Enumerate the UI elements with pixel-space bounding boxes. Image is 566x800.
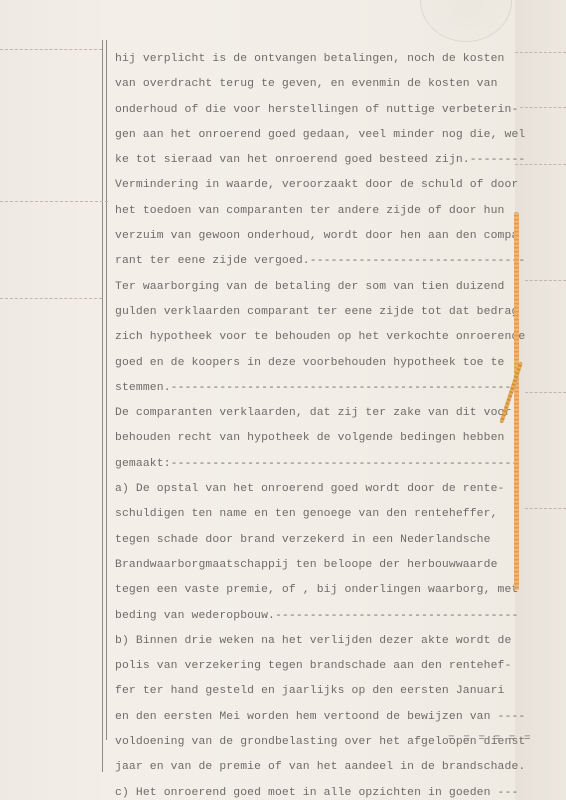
margin-rule-outer bbox=[102, 40, 103, 772]
fold-line bbox=[520, 107, 566, 108]
margin-rule-inner bbox=[106, 40, 107, 740]
text-line: stemmen.--------------------------------… bbox=[115, 376, 525, 401]
text-line: a) De opstal van het onroerend goed word… bbox=[115, 477, 525, 502]
text-line: goed en de koopers in deze voorbehouden … bbox=[115, 351, 525, 376]
text-line: gen aan het onroerend goed gedaan, veel … bbox=[115, 123, 525, 148]
text-line: schuldigen ten name en ten genoege van d… bbox=[115, 502, 525, 527]
text-line: jaar en van de premie of van het aandeel… bbox=[115, 755, 525, 780]
text-line: rant ter eene zijde vergoed.------------… bbox=[115, 249, 525, 274]
text-line: behouden recht van hypotheek de volgende… bbox=[115, 426, 525, 451]
text-line: verzuim van gewoon onderhoud, wordt door… bbox=[115, 224, 525, 249]
text-line: gulden verklaarden comparant ter eene zi… bbox=[115, 300, 525, 325]
fold-line bbox=[0, 201, 108, 202]
embossed-seal bbox=[420, 0, 512, 42]
fold-line bbox=[0, 49, 102, 50]
text-line: hij verplicht is de ontvangen betalingen… bbox=[115, 47, 525, 72]
fold-line bbox=[0, 298, 102, 299]
text-line: c) Het onroerend goed moet in alle opzic… bbox=[115, 781, 525, 800]
text-line: Vermindering in waarde, veroorzaakt door… bbox=[115, 173, 525, 198]
text-line: en den eersten Mei worden hem vertoond d… bbox=[115, 705, 525, 730]
fold-line bbox=[525, 280, 566, 281]
text-line: b) Binnen drie weken na het verlijden de… bbox=[115, 629, 525, 654]
text-line: fer ter hand gesteld en jaarlijks op den… bbox=[115, 679, 525, 704]
document-page: hij verplicht is de ontvangen betalingen… bbox=[0, 0, 566, 800]
text-line: polis van verzekering tegen brandschade … bbox=[115, 654, 525, 679]
fold-line bbox=[525, 392, 566, 393]
fold-line bbox=[525, 508, 566, 509]
text-line: zich hypotheek voor te behouden op het v… bbox=[115, 325, 525, 350]
text-line: gemaakt:--------------------------------… bbox=[115, 452, 525, 477]
text-line: De comparanten verklaarden, dat zij ter … bbox=[115, 401, 525, 426]
typewritten-text: hij verplicht is de ontvangen betalingen… bbox=[115, 47, 525, 800]
text-line: tegen een vaste premie, of , bij onderli… bbox=[115, 578, 525, 603]
text-line: van overdracht terug te geven, en evenmi… bbox=[115, 72, 525, 97]
text-line: ke tot sieraad van het onroerend goed be… bbox=[115, 148, 525, 173]
text-line: het toedoen van comparanten ter andere z… bbox=[115, 199, 525, 224]
text-line: Ter waarborging van de betaling der som … bbox=[115, 275, 525, 300]
text-line: Brandwaarborgmaatschappij ten beloope de… bbox=[115, 553, 525, 578]
text-line: tegen schade door brand verzekerd in een… bbox=[115, 528, 525, 553]
binding-string bbox=[514, 212, 519, 590]
text-line: beding van wederopbouw.-----------------… bbox=[115, 604, 525, 629]
page-end-mark: = = = = = = bbox=[448, 733, 532, 745]
text-line: onderhoud of die voor herstellingen of n… bbox=[115, 98, 525, 123]
